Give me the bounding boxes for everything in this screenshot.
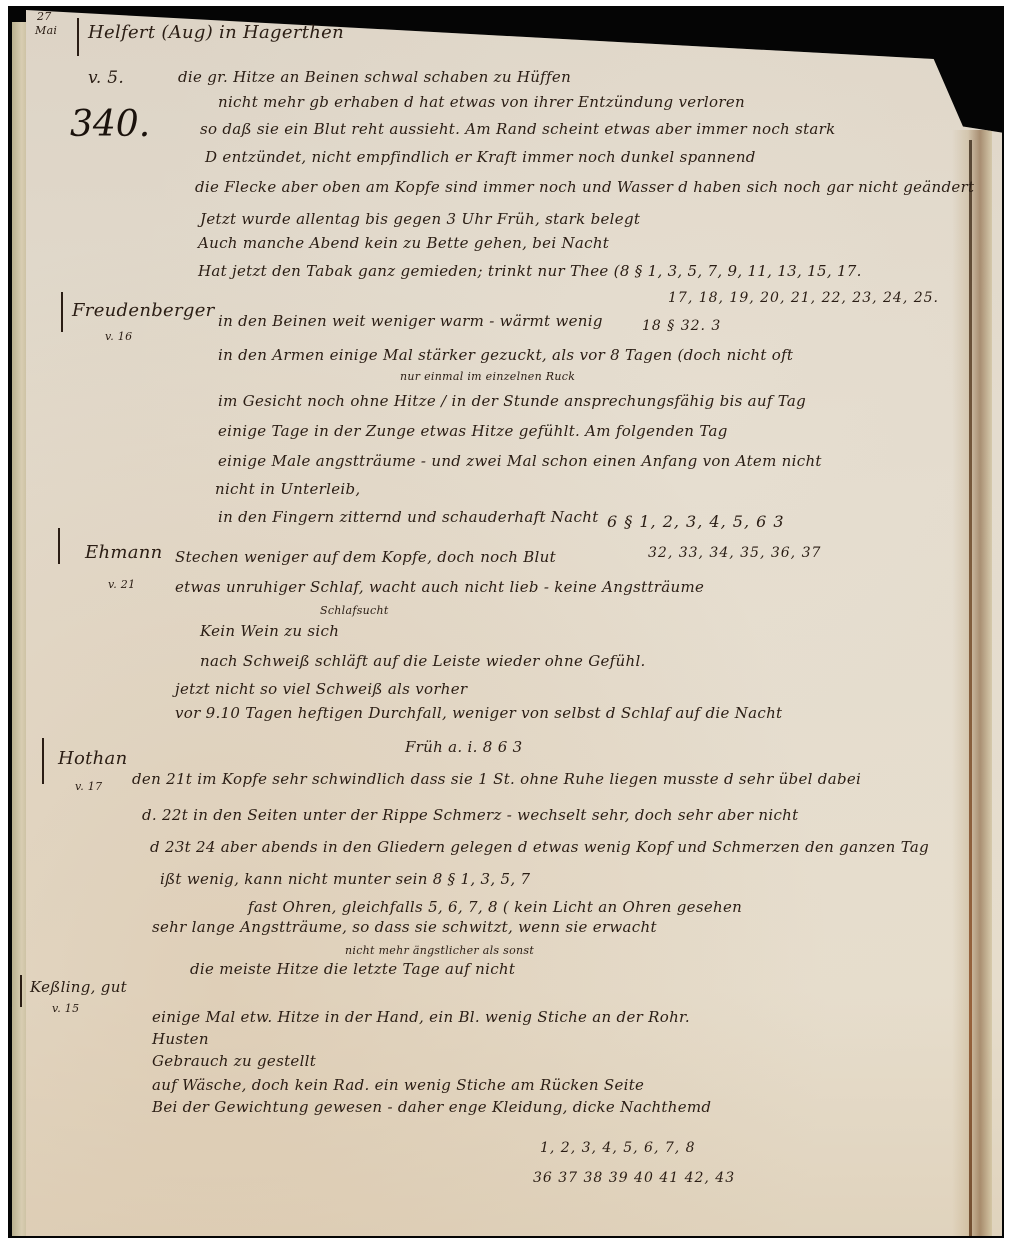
entry-marker — [20, 975, 22, 1007]
entry-marker — [77, 18, 79, 56]
entry-line: D entzündet, nicht empfindlich er Kraft … — [205, 148, 756, 166]
entry-line: im Gesicht noch ohne Hitze / in der Stun… — [218, 392, 806, 410]
entry-line: nicht mehr ängstlicher als sonst — [345, 944, 534, 957]
entry-line: in den Armen einige Mal stärker gezuckt,… — [218, 346, 793, 364]
entry-line: Stechen weniger auf dem Kopfe, doch noch… — [175, 548, 556, 566]
entry-line: sehr lange Angstträume, so dass sie schw… — [152, 918, 657, 936]
entry-name: Keßling, gut — [30, 978, 127, 996]
entry-line: in den Beinen weit weniger warm - wärmt … — [218, 312, 603, 330]
entry-line: fast Ohren, gleichfalls 5, 6, 7, 8 ( kei… — [248, 898, 742, 916]
entry-numbers: 36 37 38 39 40 41 42, 43 — [533, 1170, 735, 1186]
entry-note: v. 15 — [52, 1002, 79, 1015]
entry-numbers: 18 § 32. 3 — [642, 318, 721, 334]
page-number: 340. — [70, 104, 150, 145]
entry-marker — [61, 292, 63, 332]
entry-line: nicht in Unterleib, — [215, 480, 360, 498]
entry-note: v. 21 — [108, 578, 135, 591]
entry-line: nur einmal im einzelnen Ruck — [400, 370, 575, 383]
entry-note: v. 16 — [105, 330, 132, 343]
gutter-shadow — [952, 130, 992, 1236]
entry-line: nicht mehr gb erhaben d hat etwas von ih… — [218, 93, 745, 111]
entry-line: die meiste Hitze die letzte Tage auf nic… — [190, 960, 515, 978]
entry-line: Hat jetzt den Tabak ganz gemieden; trink… — [198, 262, 862, 280]
entry-line: vor 9.10 Tagen heftigen Durchfall, wenig… — [175, 704, 782, 722]
entry-line: Jetzt wurde allentag bis gegen 3 Uhr Frü… — [200, 210, 640, 228]
entry-line: in den Fingern zitternd und schauderhaft… — [218, 508, 599, 526]
entry-line: Gebrauch zu gestellt — [152, 1052, 316, 1070]
entry-name: Ehmann — [85, 542, 163, 563]
entry-line: den 21t im Kopfe sehr schwindlich dass s… — [132, 770, 861, 788]
entry-line: einige Mal etw. Hitze in der Hand, ein B… — [152, 1008, 690, 1026]
entry-line: einige Tage in der Zunge etwas Hitze gef… — [218, 422, 728, 440]
entry-numbers: 6 § 1, 2, 3, 4, 5, 6 3 — [607, 512, 785, 531]
binding-stain — [969, 140, 972, 1240]
entry-line: d. 22t in den Seiten unter der Rippe Sch… — [142, 806, 798, 824]
entry-line: Kein Wein zu sich — [200, 622, 339, 640]
entry-line: einige Male angstträume - und zwei Mal s… — [218, 452, 822, 470]
entry-line: etwas unruhiger Schlaf, wacht auch nicht… — [175, 578, 704, 596]
entry-line: die gr. Hitze an Beinen schwal schaben z… — [178, 68, 571, 86]
entry-line: auf Wäsche, doch kein Rad. ein wenig Sti… — [152, 1076, 644, 1094]
entry-line: Früh a. i. 8 6 3 — [405, 738, 522, 756]
entry-line: Husten — [152, 1030, 209, 1048]
margin-date-month: Mai — [35, 24, 57, 37]
entry-marker — [42, 738, 44, 784]
entry-line: so daß sie ein Blut reht aussieht. Am Ra… — [200, 120, 836, 138]
entry-line: nach Schweiß schläft auf die Leiste wied… — [200, 652, 646, 670]
entry-name: Helfert (Aug) in Hagerthen — [88, 22, 344, 43]
entry-line: Bei der Gewichtung gewesen - daher enge … — [152, 1098, 711, 1116]
entry-note: v. 17 — [75, 780, 102, 793]
entry-line: die Flecke aber oben am Kopfe sind immer… — [195, 178, 974, 196]
entry-line: Auch manche Abend kein zu Bette gehen, b… — [198, 234, 609, 252]
entry-numbers: 32, 33, 34, 35, 36, 37 — [648, 545, 821, 561]
entry-line: d 23t 24 aber abends in den Gliedern gel… — [150, 838, 929, 856]
entry-line: Schlafsucht — [320, 604, 389, 617]
entry-line: ißt wenig, kann nicht munter sein 8 § 1,… — [160, 870, 530, 888]
entry-marker — [58, 528, 60, 564]
entry-name: Freudenberger — [72, 300, 215, 321]
entry-numbers: 1, 2, 3, 4, 5, 6, 7, 8 — [540, 1140, 696, 1156]
entry-note: v. 5. — [88, 68, 124, 88]
entry-name: Hothan — [58, 748, 128, 769]
margin-date-day: 27 — [37, 10, 52, 23]
entry-numbers: 17, 18, 19, 20, 21, 22, 23, 24, 25. — [668, 290, 939, 306]
entry-line: jetzt nicht so viel Schweiß als vorher — [175, 680, 467, 698]
